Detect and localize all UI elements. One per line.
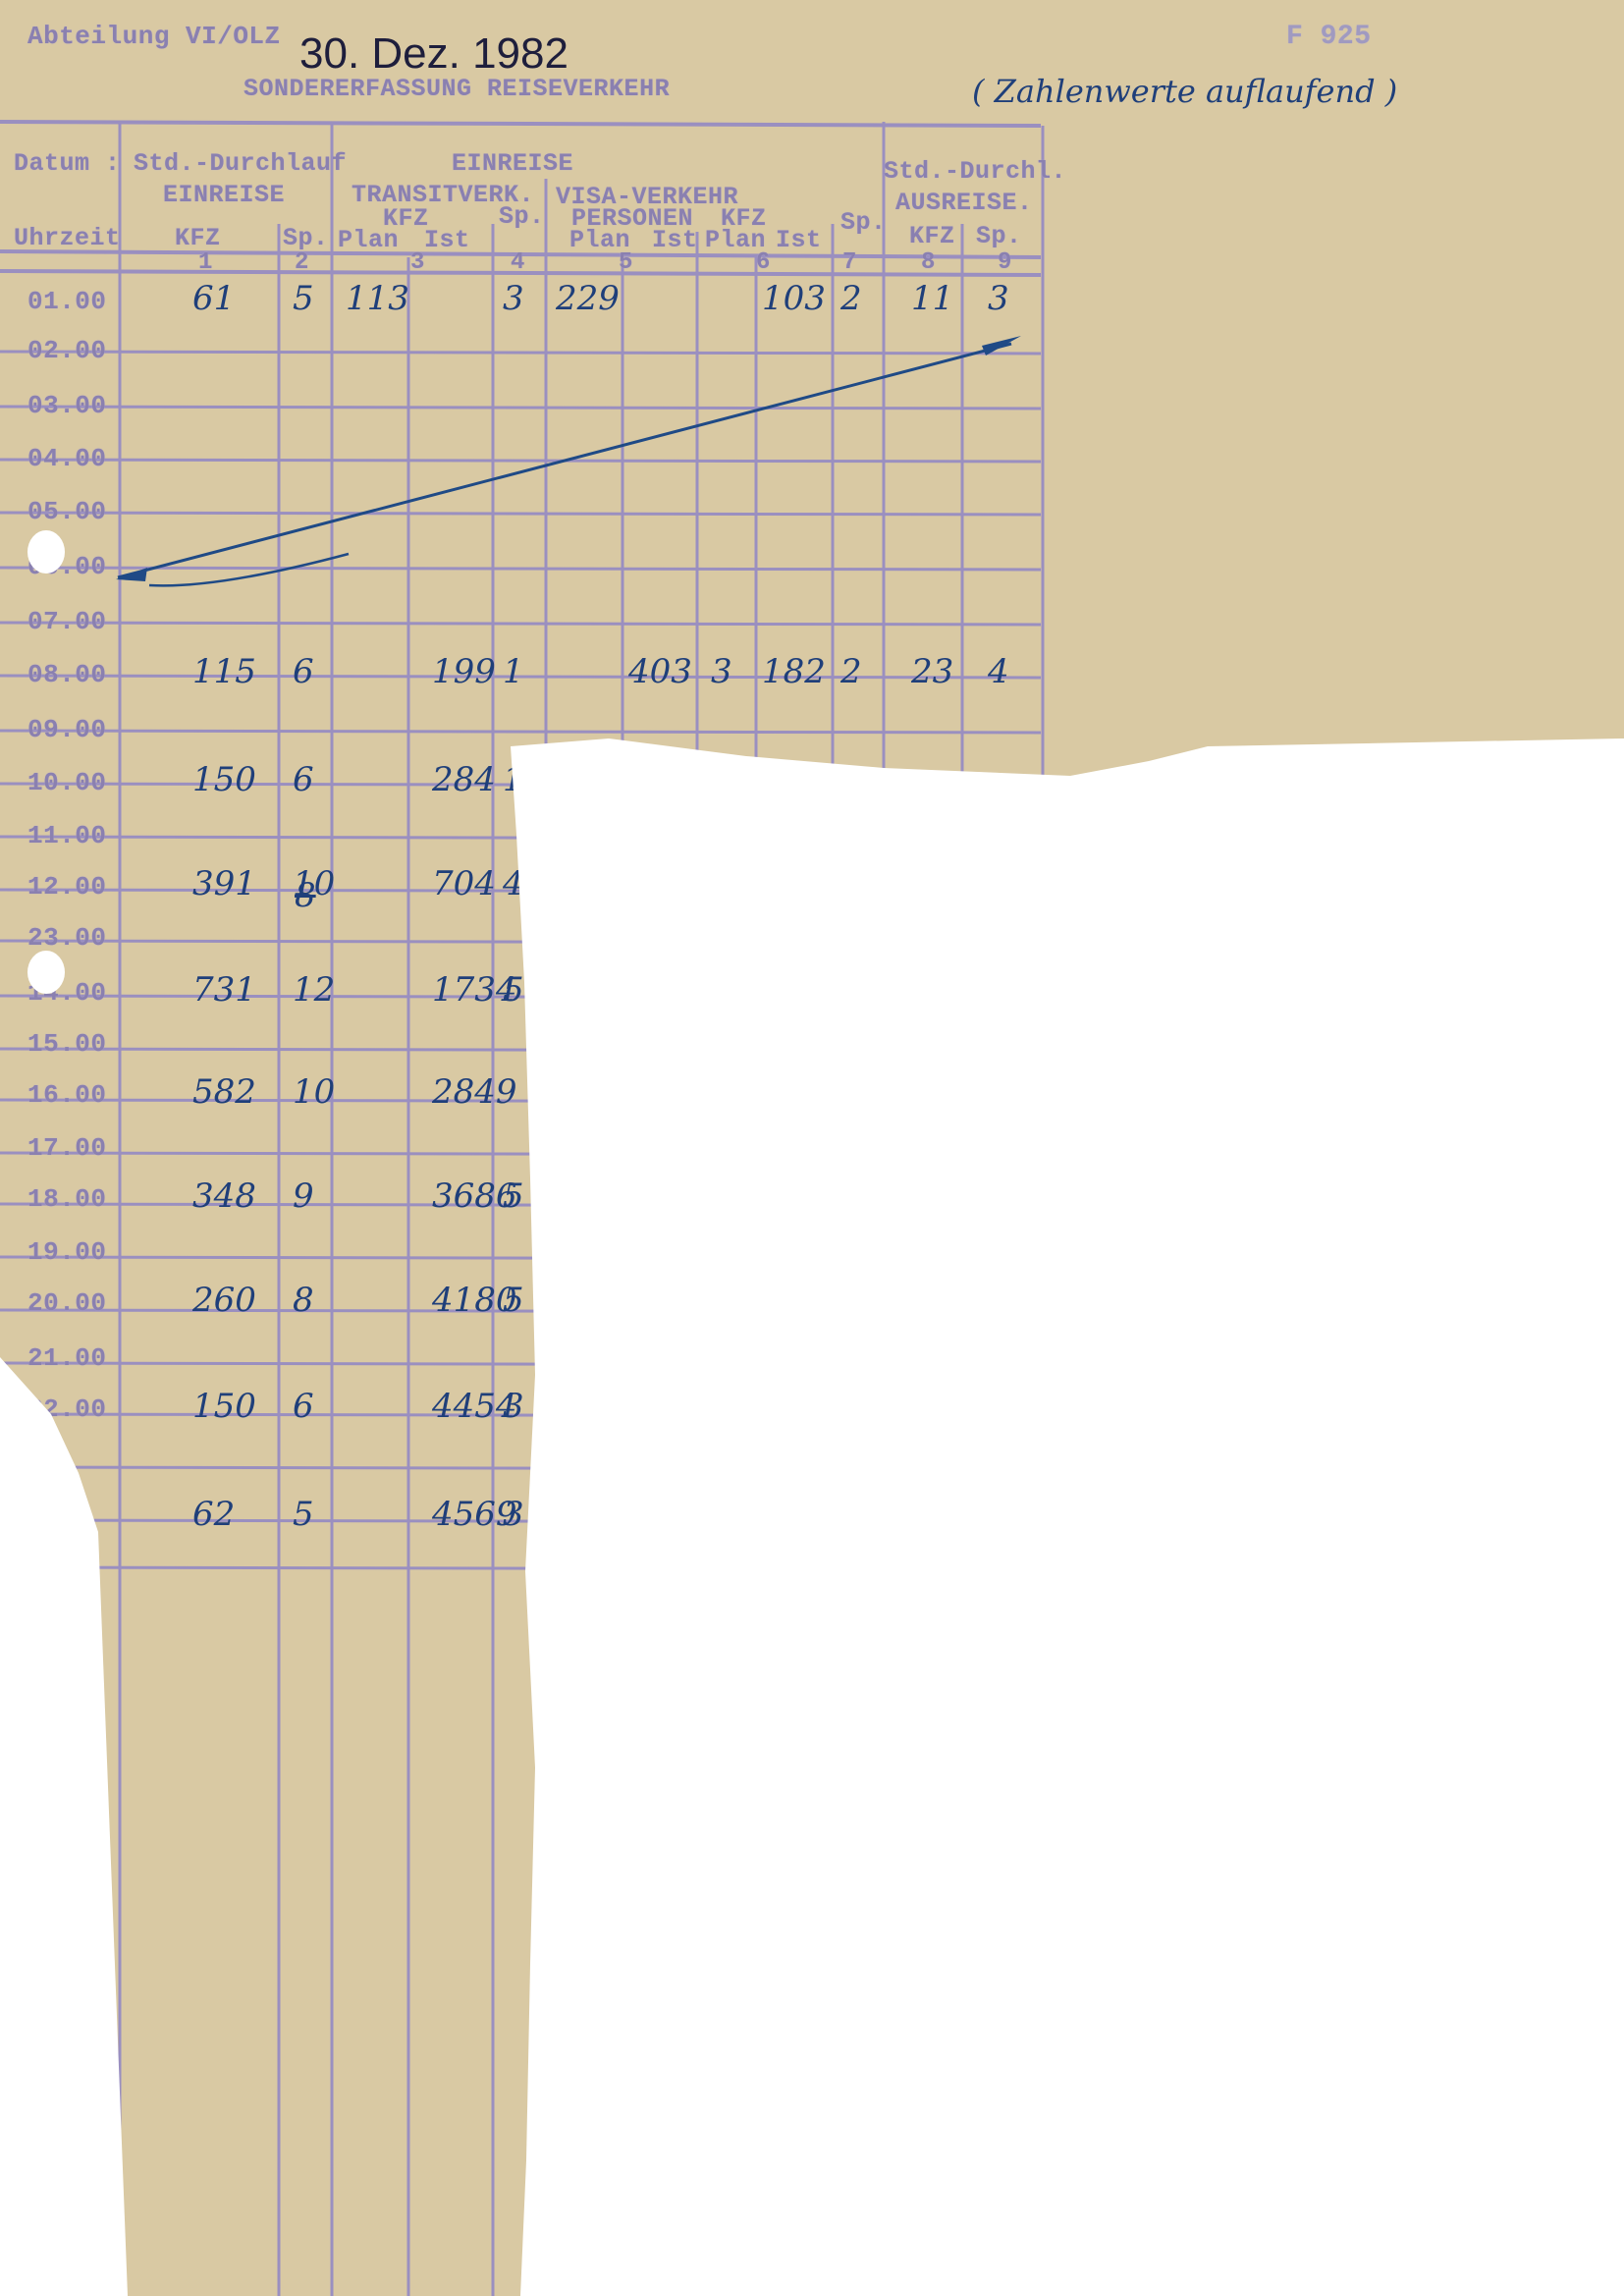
torn-area (0, 0, 1624, 2296)
paper-sheet: Abteilung VI/OLZ 30. Dez. 1982 F 925 SON… (0, 0, 1624, 2296)
